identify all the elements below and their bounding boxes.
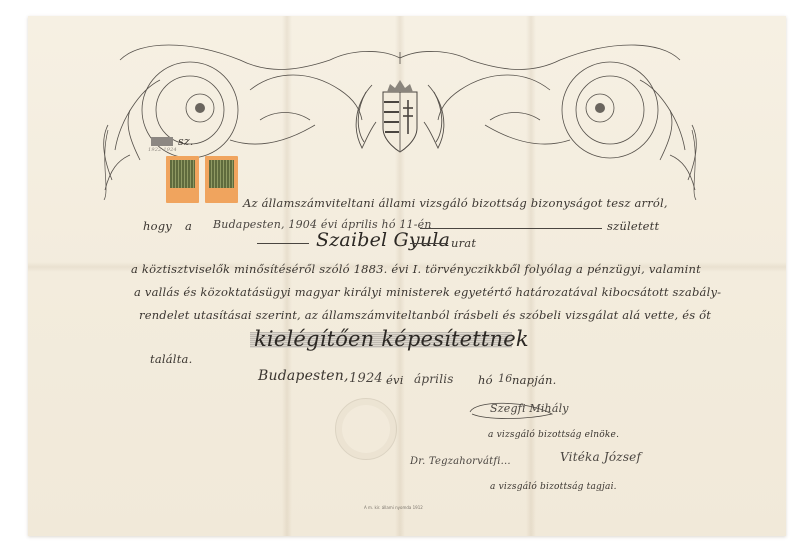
place-label: Budapesten,	[258, 368, 349, 384]
day-value: 16	[498, 372, 512, 385]
certificate-number-box	[151, 137, 173, 146]
day-label: hó	[478, 373, 493, 387]
candidate-name: Szaibel Gyula	[316, 229, 450, 251]
fill-line	[410, 243, 448, 244]
year-suffix: évi	[386, 373, 404, 387]
urat-label: urat	[451, 236, 476, 250]
article-a: a	[185, 219, 192, 233]
member-signature-2: Vitéka József	[560, 450, 641, 464]
hogy-label: hogy	[143, 219, 172, 233]
members-title: a vizsgáló bizottság tagjai.	[490, 482, 617, 492]
chairman-signature: Szegfi Mihály	[490, 402, 569, 415]
revenue-stamp	[205, 156, 238, 203]
body-line-5: a vallás és közoktatásügyi magyar király…	[134, 285, 721, 299]
month-value: április	[414, 372, 454, 386]
revenue-stamp	[166, 156, 199, 203]
body-line-6: rendelet utasításai szerint, az államszá…	[139, 308, 711, 322]
member-signature-1: Dr. Tegzahorvátfi...	[410, 456, 511, 467]
year-value: 1924	[349, 371, 383, 386]
found-label: találta.	[150, 352, 192, 366]
coat-of-arms-icon	[383, 80, 417, 152]
chairman-title: a vizsgáló bizottság elnöke.	[488, 430, 619, 440]
day-suffix: napján.	[512, 373, 557, 387]
embossed-seal	[335, 398, 397, 460]
number-label: sz.	[178, 135, 194, 148]
born-label: született	[607, 219, 659, 233]
number-subnote: 1922 1924	[148, 147, 177, 153]
body-line-4: a köztisztviselők minősítéséről szóló 18…	[131, 262, 701, 276]
printer-mark: A m. kir. állami nyomda 1912	[364, 505, 423, 510]
certificate-intro: Az államszámviteltani állami vizsgáló bi…	[243, 196, 668, 210]
grade-result: kielégítően képesítettnek	[254, 327, 529, 351]
fill-line	[257, 243, 309, 244]
